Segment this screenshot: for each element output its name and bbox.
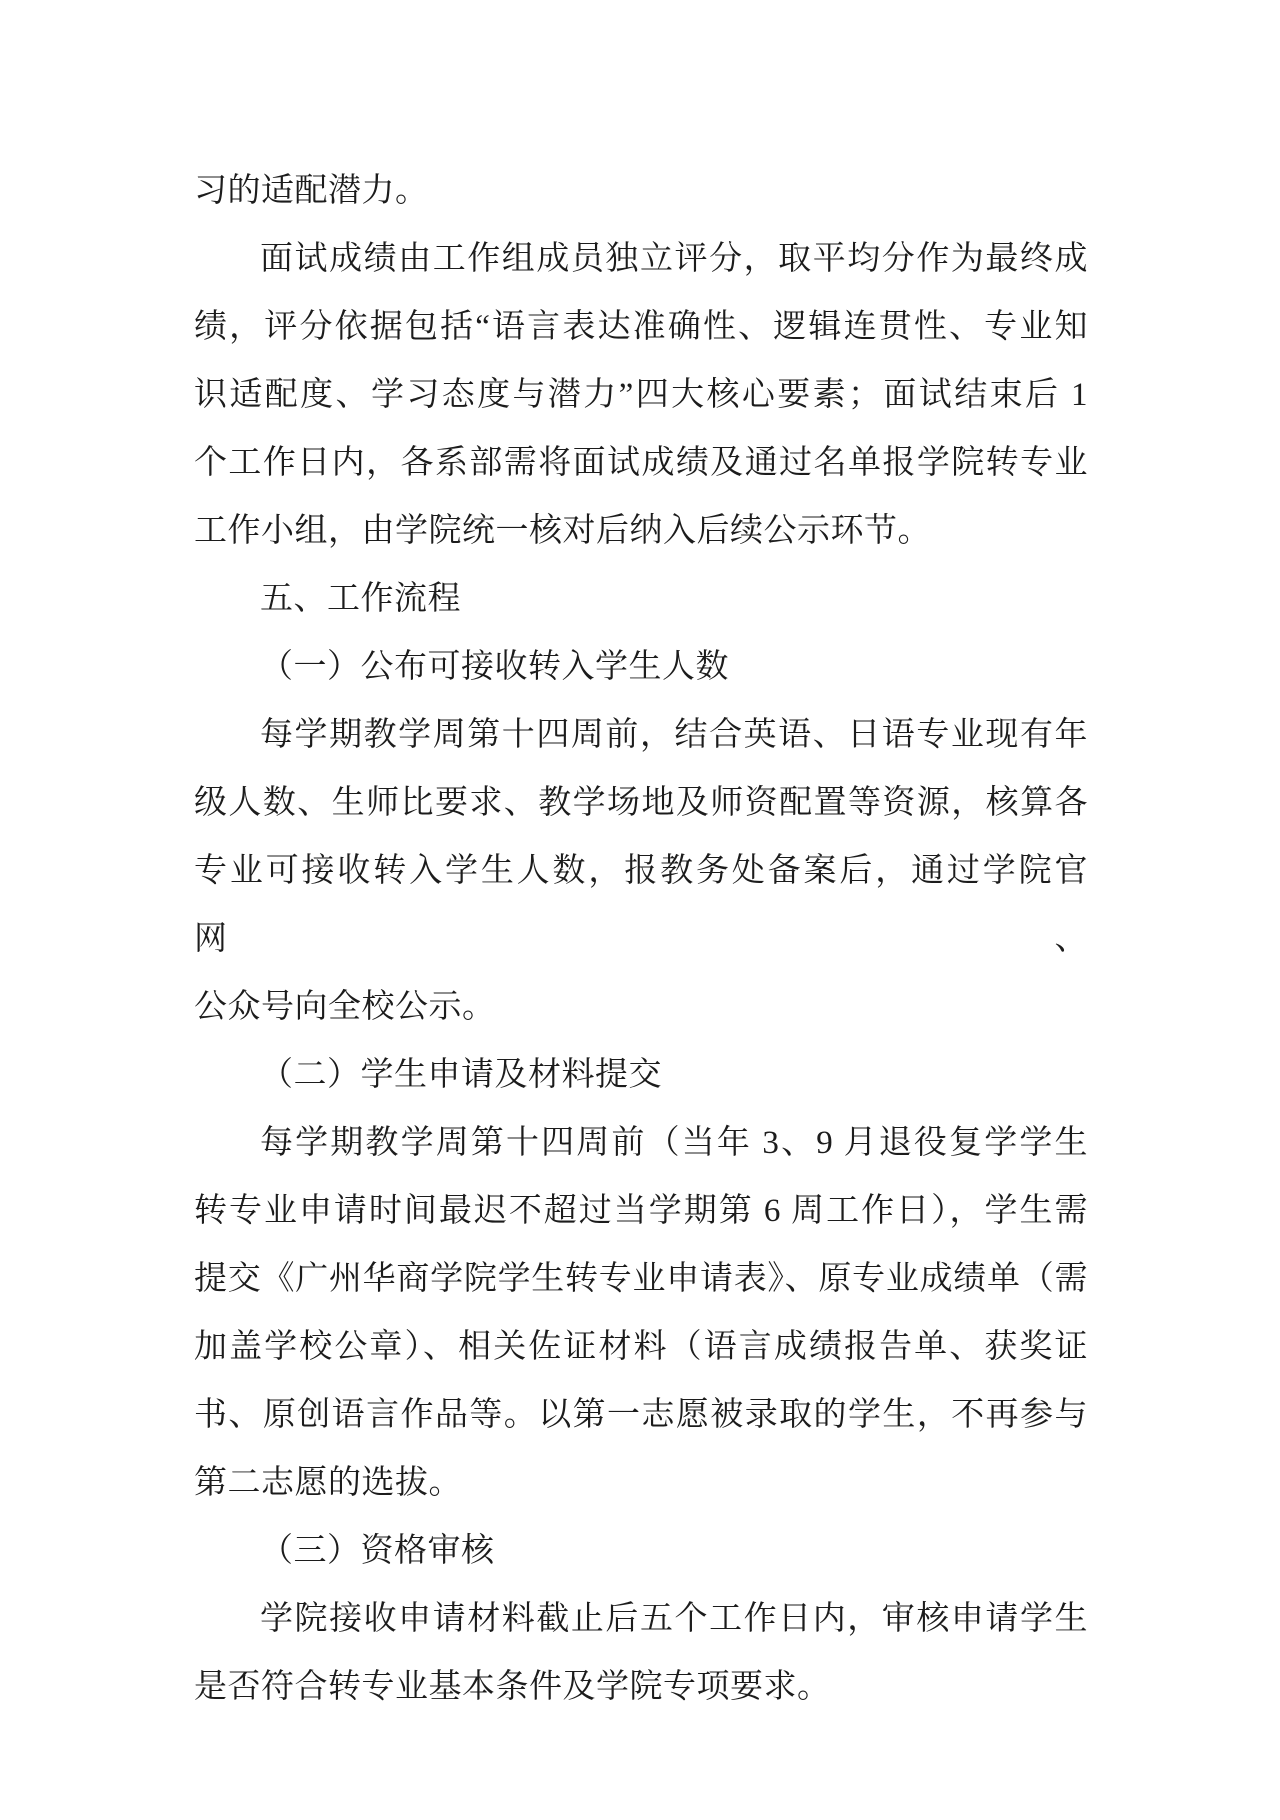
text-line: 习的适配潜力。 xyxy=(194,157,1088,225)
text-line: 第二志愿的选拔。 xyxy=(194,1449,1088,1517)
text-line: 级人数、生师比要求、教学场地及师资配置等资源，核算各 xyxy=(194,769,1088,837)
subsection-heading: （二）学生申请及材料提交 xyxy=(194,1041,1088,1109)
text-line: 面试成绩由工作组成员独立评分，取平均分作为最终成 xyxy=(194,225,1088,293)
text-line: 识适配度、学习态度与潜力”四大核心要素；面试结束后 1 xyxy=(194,361,1088,429)
text-line: 学院接收申请材料截止后五个工作日内，审核申请学生 xyxy=(194,1585,1088,1653)
document-body: 习的适配潜力。面试成绩由工作组成员独立评分，取平均分作为最终成绩，评分依据包括“… xyxy=(194,157,1088,1721)
text-line: 提交《广州华商学院学生转专业申请表》、原专业成绩单（需 xyxy=(194,1245,1088,1313)
text-line: 转专业申请时间最迟不超过当学期第 6 周工作日），学生需 xyxy=(194,1177,1088,1245)
text-line: 每学期教学周第十四周前（当年 3、9 月退役复学学生 xyxy=(194,1109,1088,1177)
subsection-heading: （三）资格审核 xyxy=(194,1517,1088,1585)
text-line: 工作小组，由学院统一核对后纳入后续公示环节。 xyxy=(194,497,1088,565)
text-line: 书、原创语言作品等。以第一志愿被录取的学生，不再参与 xyxy=(194,1381,1088,1449)
text-line: 每学期教学周第十四周前，结合英语、日语专业现有年 xyxy=(194,701,1088,769)
section-heading: 五、工作流程 xyxy=(194,565,1088,633)
document-page: 习的适配潜力。面试成绩由工作组成员独立评分，取平均分作为最终成绩，评分依据包括“… xyxy=(0,0,1280,1820)
text-line: 公众号向全校公示。 xyxy=(194,973,1088,1041)
text-line: 加盖学校公章）、相关佐证材料（语言成绩报告单、获奖证 xyxy=(194,1313,1088,1381)
subsection-heading: （一）公布可接收转入学生人数 xyxy=(194,633,1088,701)
text-line: 专业可接收转入学生人数，报教务处备案后，通过学院官网、 xyxy=(194,837,1088,973)
text-line: 绩，评分依据包括“语言表达准确性、逻辑连贯性、专业知 xyxy=(194,293,1088,361)
text-line: 是否符合转专业基本条件及学院专项要求。 xyxy=(194,1653,1088,1721)
text-line: 个工作日内，各系部需将面试成绩及通过名单报学院转专业 xyxy=(194,429,1088,497)
